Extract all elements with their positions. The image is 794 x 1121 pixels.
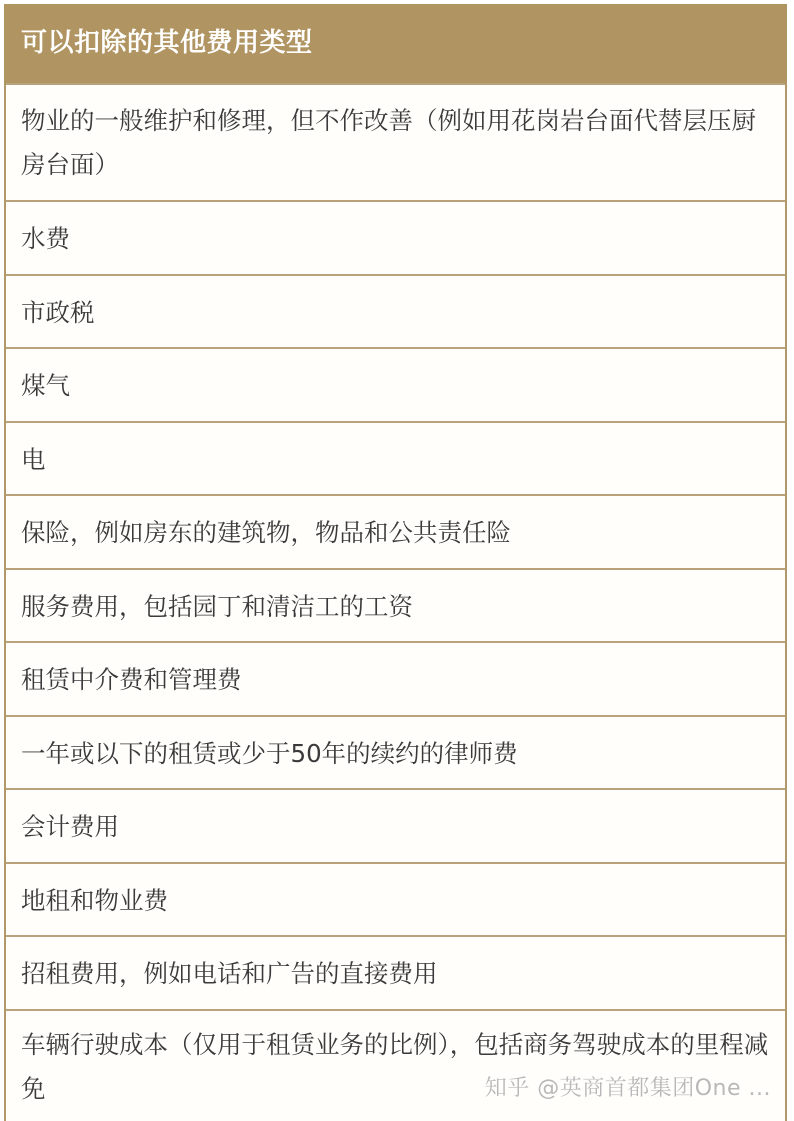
deductible-expenses-table: 可以扣除的其他费用类型 物业的一般维护和修理，但不作改善（例如用花岗岩台面代替层… xyxy=(4,4,787,1121)
table-row: 车辆行驶成本（仅用于租赁业务的比例），包括商务驾驶成本的里程减免 知乎 @英商首… xyxy=(6,1009,785,1121)
table-row: 水费 xyxy=(6,200,785,274)
row-text: 电 xyxy=(21,441,46,476)
row-text: 会计费用 xyxy=(21,808,119,843)
table-row: 煤气 xyxy=(6,347,785,421)
table-row: 地租和物业费 xyxy=(6,862,785,936)
table-row: 电 xyxy=(6,421,785,495)
row-text: 物业的一般维护和修理，但不作改善（例如用花岗岩台面代替层压厨房台面） xyxy=(21,99,771,187)
row-text: 保险，例如房东的建筑物，物品和公共责任险 xyxy=(21,514,511,549)
row-text: 服务费用，包括园丁和清洁工的工资 xyxy=(21,588,413,623)
row-text: 一年或以下的租赁或少于50年的续约的律师费 xyxy=(21,735,518,770)
table-row: 保险，例如房东的建筑物，物品和公共责任险 xyxy=(6,494,785,568)
row-text: 地租和物业费 xyxy=(21,882,168,917)
table-row: 物业的一般维护和修理，但不作改善（例如用花岗岩台面代替层压厨房台面） xyxy=(6,83,785,200)
table-row: 市政税 xyxy=(6,274,785,348)
table-row: 租赁中介费和管理费 xyxy=(6,641,785,715)
watermark: 知乎 @英商首都集团One ... xyxy=(485,1067,771,1111)
table-row: 招租费用，例如电话和广告的直接费用 xyxy=(6,935,785,1009)
table-header: 可以扣除的其他费用类型 xyxy=(4,4,787,83)
row-text: 市政税 xyxy=(21,294,95,329)
table-row: 会计费用 xyxy=(6,788,785,862)
row-text: 水费 xyxy=(21,220,70,255)
row-text: 煤气 xyxy=(21,367,70,402)
table-row: 一年或以下的租赁或少于50年的续约的律师费 xyxy=(6,715,785,789)
table-row: 服务费用，包括园丁和清洁工的工资 xyxy=(6,568,785,642)
row-text: 招租费用，例如电话和广告的直接费用 xyxy=(21,955,438,990)
row-text: 租赁中介费和管理费 xyxy=(21,661,242,696)
